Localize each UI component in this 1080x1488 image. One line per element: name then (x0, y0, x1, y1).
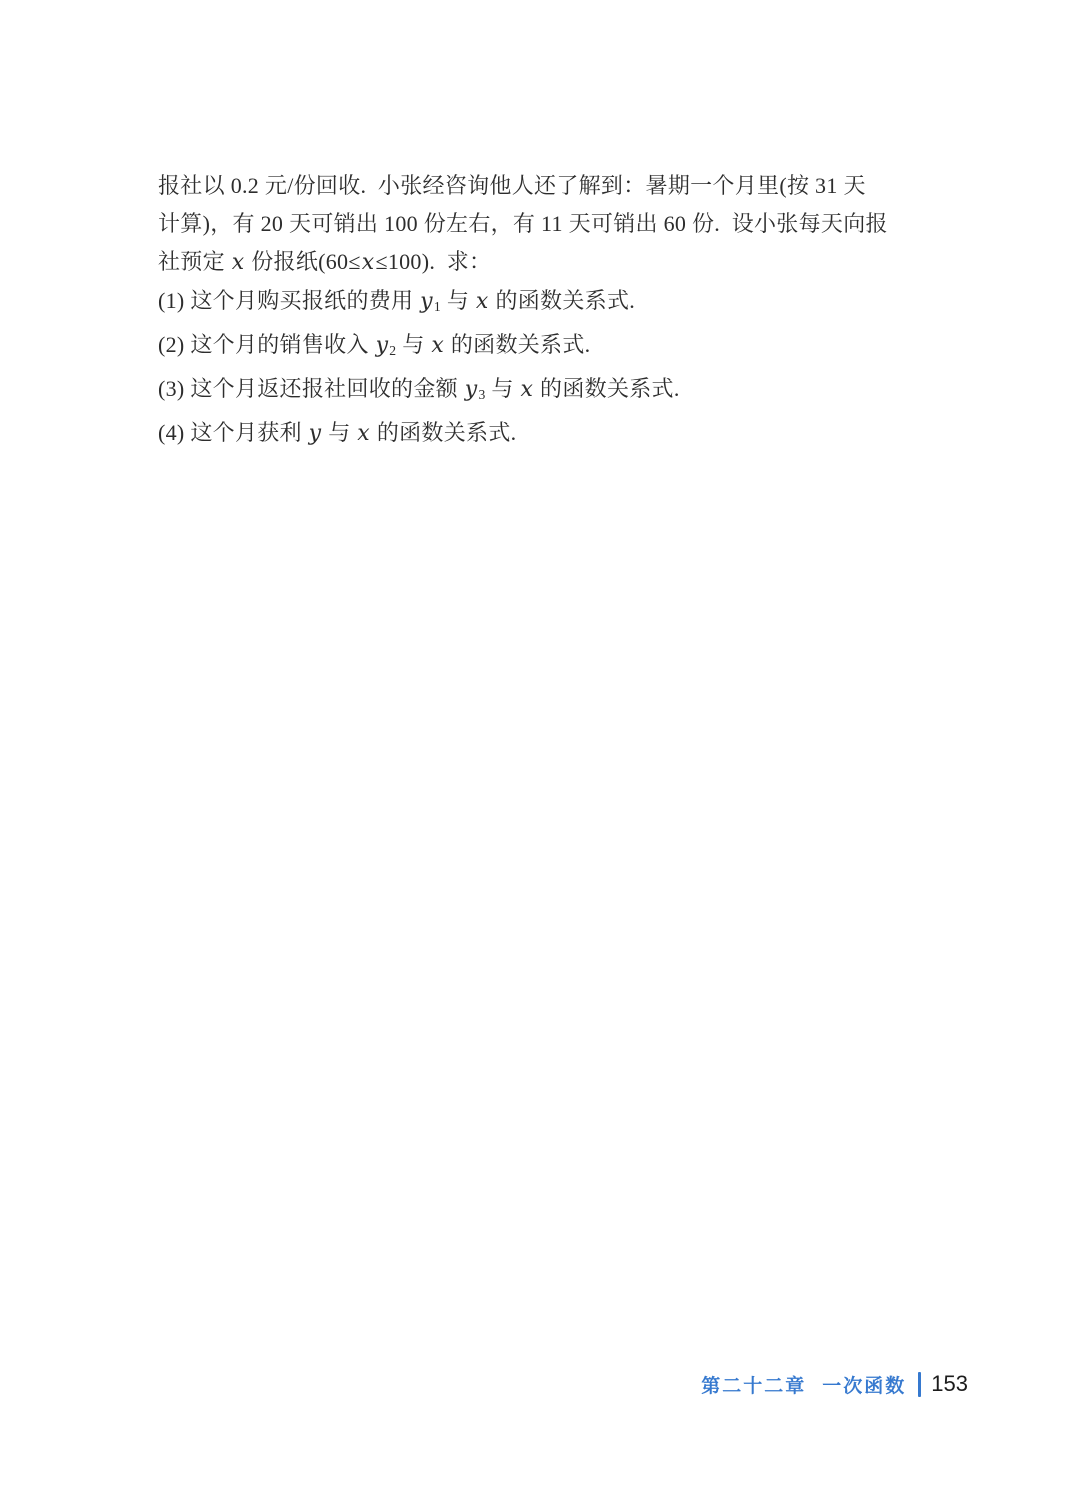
footer-divider-bar (918, 1372, 921, 1397)
para-line-3-seg-text: 份报纸(60≤ (245, 249, 360, 274)
question-item-2-seg-text: (2) 这个月的销售收入 (158, 332, 375, 357)
para-line-3-seg-text: ≤100). 求： (375, 249, 491, 274)
question-item-2-seg-var: x (430, 333, 445, 358)
page-footer: 第二十二章 一次函数 153 (701, 1368, 968, 1400)
para-line-2: 计算)，有 20 天可销出 100 份左右，有 11 天可销出 60 份. 设小… (158, 205, 948, 243)
para-line-3: 社预定 x 份报纸(60≤x≤100). 求： (158, 243, 948, 282)
question-item-4-seg-text: 与 (322, 420, 356, 445)
question-item-1: (1) 这个月购买报纸的费用 y1 与 x 的函数关系式. (158, 282, 948, 326)
question-item-2-seg-var: y (375, 333, 390, 358)
question-item-1-seg-text: (1) 这个月购买报纸的费用 (158, 288, 419, 313)
page-number: 153 (931, 1371, 968, 1397)
question-item-4: (4) 这个月获利 y 与 x 的函数关系式. (158, 414, 948, 453)
problem-text-block: 报社以 0.2 元/份回收. 小张经咨询他人还了解到：暑期一个月里(按 31 天… (158, 167, 948, 453)
question-item-3-seg-var: y (464, 377, 479, 402)
question-item-1-seg-var: x (475, 289, 490, 314)
question-item-4-seg-text: 的函数关系式. (371, 420, 516, 445)
para-line-3-seg-var: x (231, 250, 246, 275)
question-item-2: (2) 这个月的销售收入 y2 与 x 的函数关系式. (158, 326, 948, 370)
question-item-1-seg-text: 与 (441, 288, 475, 313)
question-item-3-seg-text: 的函数关系式. (534, 376, 679, 401)
para-line-1: 报社以 0.2 元/份回收. 小张经咨询他人还了解到：暑期一个月里(按 31 天 (158, 167, 948, 205)
para-line-1-seg-text: 报社以 0.2 元/份回收. 小张经咨询他人还了解到：暑期一个月里(按 31 天 (158, 173, 866, 198)
chapter-label: 第二十二章 (701, 1371, 806, 1398)
question-item-2-seg-text: 与 (396, 332, 430, 357)
para-line-3-seg-text: 社预定 (158, 249, 231, 274)
question-item-3-seg-text: (3) 这个月返还报社回收的金额 (158, 376, 464, 401)
question-item-2-seg-text: 的函数关系式. (445, 332, 590, 357)
question-item-3-seg-sub: 3 (479, 387, 486, 402)
textbook-page: 报社以 0.2 元/份回收. 小张经咨询他人还了解到：暑期一个月里(按 31 天… (0, 0, 1080, 1488)
question-item-1-seg-text: 的函数关系式. (490, 288, 635, 313)
question-item-1-seg-var: y (419, 289, 434, 314)
question-item-3: (3) 这个月返还报社回收的金额 y3 与 x 的函数关系式. (158, 370, 948, 414)
question-item-3-seg-text: 与 (486, 376, 520, 401)
para-line-3-seg-var: x (361, 250, 376, 275)
question-item-1-seg-sub: 1 (434, 299, 441, 314)
question-item-4-seg-text: (4) 这个月获利 (158, 420, 308, 445)
question-item-4-seg-var: y (308, 421, 323, 446)
question-item-3-seg-var: x (520, 377, 535, 402)
para-line-2-seg-text: 计算)，有 20 天可销出 100 份左右，有 11 天可销出 60 份. 设小… (158, 211, 888, 236)
section-label: 一次函数 (822, 1371, 906, 1398)
question-item-4-seg-var: x (356, 421, 371, 446)
